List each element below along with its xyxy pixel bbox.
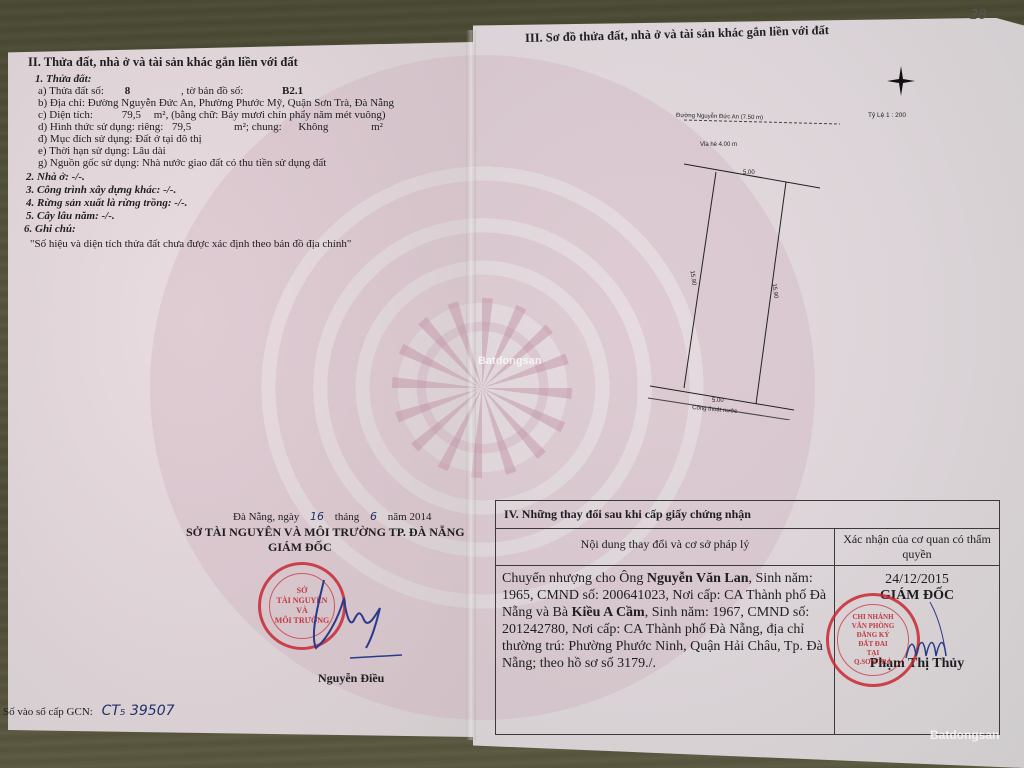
registry-label: Số vào sổ cấp GCN:: [3, 706, 93, 718]
batdongsan-watermark-center: Batdongsan: [478, 355, 542, 367]
usage-term-value: Lâu dài: [132, 145, 165, 157]
stamp-line: VĂN PHÒNG: [852, 622, 895, 631]
area-row: c) Diện tích: 79,5 m², (bằng chữ: Bảy mư…: [38, 109, 386, 121]
signer-name: Nguyễn Điều: [318, 671, 384, 686]
buyer-2-name: Kiều A Cầm: [572, 605, 645, 620]
section-ii-title: II. Thửa đất, nhà ở và tài sản khác gắn …: [28, 55, 298, 70]
parcel-diagram: [640, 110, 860, 420]
signature-right: [900, 600, 960, 670]
land-heading: 1. Thửa đất:: [35, 73, 91, 85]
stamp-line: TẠI: [867, 649, 879, 658]
change-text: Chuyển nhượng cho Ông: [502, 571, 647, 586]
house-item: 2. Nhà ở: -/-.: [26, 171, 85, 183]
usage-purpose-value: Đất ở tại đô thị: [135, 133, 201, 145]
issue-year: 2014: [409, 511, 431, 523]
usage-form-label: d) Hình thức sử dụng: riêng:: [38, 121, 163, 133]
usage-term-label: e) Thời hạn sử dụng:: [38, 145, 130, 157]
map-sheet-value: B2.1: [282, 85, 303, 97]
north-star-icon: [887, 66, 915, 96]
issuing-agency: SỞ TÀI NGUYÊN VÀ MÔI TRƯỜNG TP. ĐÀ NẴNG: [186, 525, 465, 540]
area-value: 79,5: [122, 109, 141, 121]
confirmation-date: 24/12/2015: [841, 572, 993, 588]
notes-heading: 6. Ghi chú:: [24, 223, 76, 235]
bottom-edge-length: 5.00: [712, 398, 724, 404]
stamp-line: SỞ: [297, 586, 308, 596]
stamp-line: ĐĂNG KÝ: [857, 631, 890, 640]
usage-origin-row: g) Nguồn gốc sử dụng: Nhà nước giao đất …: [38, 157, 326, 169]
changes-col-content: Nội dung thay đổi và cơ sở pháp lý: [496, 529, 835, 566]
scale-label: Tỷ Lệ 1 : 200: [868, 112, 906, 119]
common-area-unit: m²: [371, 121, 383, 133]
usage-term-row: e) Thời hạn sử dụng: Lâu dài: [38, 145, 166, 157]
area-in-words: (bằng chữ: Bảy mươi chín phẩy năm mét vu…: [171, 109, 385, 121]
issue-date-line: Đà Nẵng, ngày 16 tháng 6 năm 2014: [233, 510, 431, 523]
private-area-value: 79,5: [172, 121, 191, 133]
stamp-line: VÀ: [296, 606, 308, 616]
issue-day: 16: [310, 510, 324, 523]
usage-origin-value: Nhà nước giao đất có thu tiền sử dụng đấ…: [142, 157, 326, 169]
corner-mark: 28: [970, 8, 987, 23]
map-sheet-label: , tờ bản đồ số:: [181, 85, 243, 97]
production-forest-item: 4. Rừng sản xuất là rừng trồng: -/-.: [26, 197, 187, 209]
stamp-line: Q.SƠN TRÀ: [854, 658, 892, 667]
area-unit: m²,: [154, 109, 169, 121]
address-row: b) Địa chỉ: Đường Nguyễn Đức An, Phường …: [38, 97, 394, 109]
issue-month-label: tháng: [335, 511, 359, 523]
buyer-1-name: Nguyễn Văn Lan: [647, 571, 749, 586]
registry-value: CT₅ 39507: [102, 703, 175, 719]
usage-origin-label: g) Nguồn gốc sử dụng:: [38, 157, 139, 169]
sidewalk-label: Vỉa hè 4.00 m: [700, 142, 737, 148]
private-area-unit: m²; chung:: [234, 121, 282, 133]
registry-number-row: Số vào sổ cấp GCN: CT₅ 39507: [3, 703, 175, 719]
batdongsan-watermark-corner: Batdongsan: [930, 728, 999, 742]
issue-year-label: năm: [388, 511, 407, 523]
area-label: c) Diện tích:: [38, 109, 93, 121]
usage-purpose-label: đ) Mục đích sử dụng:: [38, 133, 133, 145]
common-area-value: Không: [298, 121, 328, 133]
issue-month: 6: [370, 510, 377, 523]
stamp-line: CHI NHÁNH: [852, 613, 893, 622]
other-construction-item: 3. Công trình xây dựng khác: -/-.: [26, 184, 176, 196]
signature-left: [310, 560, 420, 670]
parcel-number-label: a) Thửa đất số:: [38, 85, 104, 97]
usage-purpose-row: đ) Mục đích sử dụng: Đất ở tại đô thị: [38, 133, 202, 145]
changes-col-confirmation: Xác nhận của cơ quan có thẩm quyền: [835, 529, 1000, 566]
usage-form-row: d) Hình thức sử dụng: riêng: 79,5 m²; ch…: [38, 121, 383, 133]
page-fold: [466, 30, 476, 740]
changes-title: IV. Những thay đổi sau khi cấp giấy chứn…: [496, 501, 1000, 529]
issuer-position: GIÁM ĐỐC: [268, 540, 332, 555]
drum-star-pattern: [392, 298, 572, 478]
address-label: b) Địa chỉ:: [38, 97, 85, 109]
notes-text: "Số hiệu và diện tích thửa đất chưa được…: [30, 238, 351, 250]
top-edge-length: 5.00: [743, 170, 755, 176]
address-value: Đường Nguyễn Đức An, Phường Phước Mỹ, Qu…: [88, 97, 394, 109]
perennial-trees-item: 5. Cây lâu năm: -/-.: [26, 210, 115, 222]
parcel-number-row: a) Thửa đất số: 8 , tờ bản đồ số: B2.1: [38, 85, 303, 97]
change-entry-content: Chuyển nhượng cho Ông Nguyễn Văn Lan, Si…: [496, 566, 835, 735]
issue-date-prefix: Đà Nẵng, ngày: [233, 511, 299, 523]
stamp-line: ĐẤT ĐAI: [858, 640, 887, 649]
parcel-number-value: 8: [125, 85, 131, 97]
